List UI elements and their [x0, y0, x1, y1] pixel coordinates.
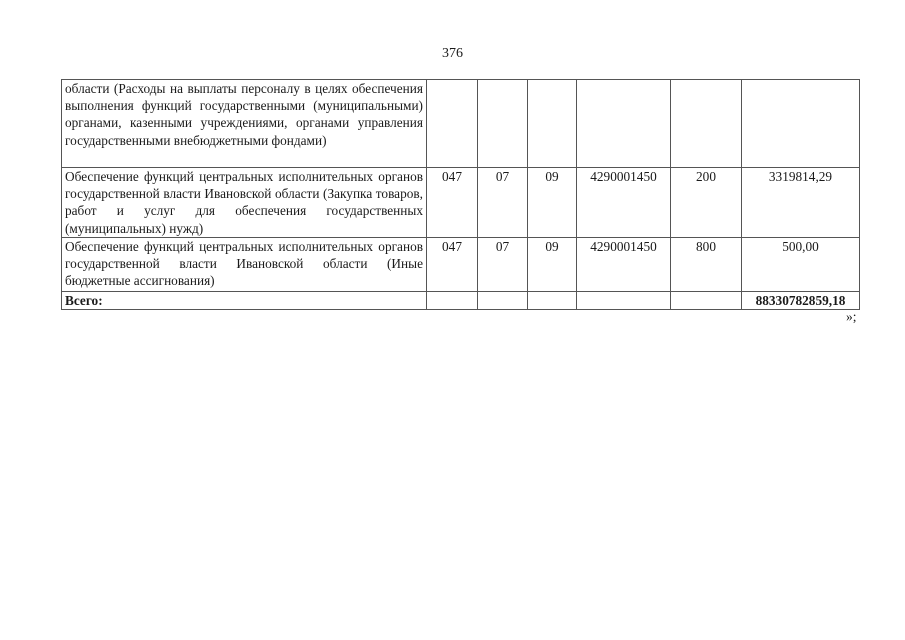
- section-cell: [478, 80, 528, 168]
- total-row: Всего: 88330782859,18: [62, 291, 860, 309]
- amount-cell: 500,00: [742, 237, 860, 291]
- ministry-code-cell: 047: [427, 168, 478, 238]
- empty-cell: [427, 291, 478, 309]
- target-article-cell: 4290001450: [577, 168, 671, 238]
- amount-cell: [742, 80, 860, 168]
- table-row: Обеспечение функций центральных исполнит…: [62, 168, 860, 238]
- expense-type-cell: 200: [671, 168, 742, 238]
- empty-cell: [577, 291, 671, 309]
- row-description: Обеспечение функций центральных исполнит…: [62, 168, 427, 238]
- subsection-cell: [528, 80, 577, 168]
- row-description: Обеспечение функций центральных исполнит…: [62, 237, 427, 291]
- table-row: области (Расходы на выплаты персоналу в …: [62, 80, 860, 168]
- closing-quote-mark: »;: [846, 309, 857, 325]
- table-row: Обеспечение функций центральных исполнит…: [62, 237, 860, 291]
- row-description: области (Расходы на выплаты персоналу в …: [62, 80, 427, 168]
- empty-cell: [478, 291, 528, 309]
- section-cell: 07: [478, 168, 528, 238]
- expense-type-cell: [671, 80, 742, 168]
- amount-cell: 3319814,29: [742, 168, 860, 238]
- section-cell: 07: [478, 237, 528, 291]
- expense-type-cell: 800: [671, 237, 742, 291]
- empty-cell: [528, 291, 577, 309]
- ministry-code-cell: [427, 80, 478, 168]
- subsection-cell: 09: [528, 237, 577, 291]
- target-article-cell: [577, 80, 671, 168]
- subsection-cell: 09: [528, 168, 577, 238]
- target-article-cell: 4290001450: [577, 237, 671, 291]
- ministry-code-cell: 047: [427, 237, 478, 291]
- total-label: Всего:: [62, 291, 427, 309]
- page-number: 376: [0, 46, 905, 62]
- empty-cell: [671, 291, 742, 309]
- total-amount: 88330782859,18: [742, 291, 860, 309]
- budget-table: области (Расходы на выплаты персоналу в …: [61, 79, 860, 310]
